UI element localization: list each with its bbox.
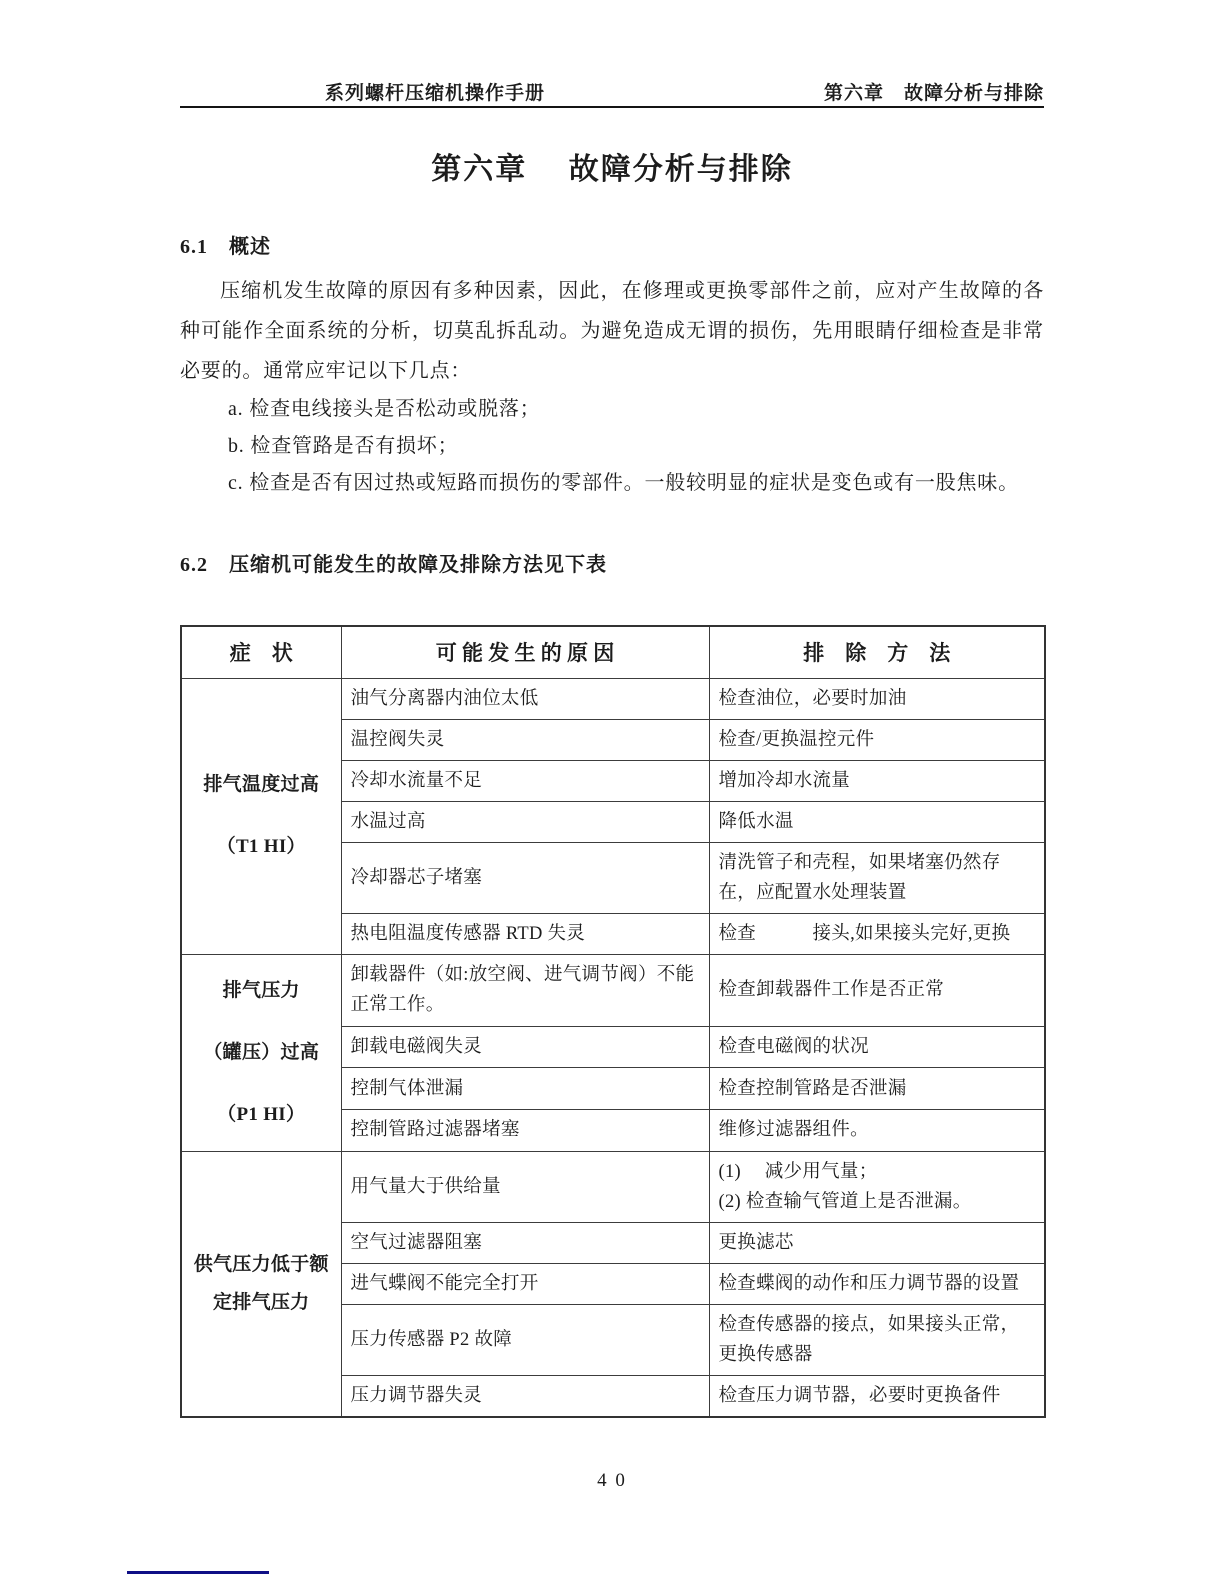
remedy-cell: 降低水温: [709, 801, 1045, 842]
page-title: 第六章 故障分析与排除: [180, 150, 1044, 190]
check-list: a. 检查电线接头是否松动或脱落； b. 检查管路是否有损坏； c. 检查是否有…: [228, 391, 1044, 502]
cause-cell: 卸载电磁阀失灵: [341, 1026, 709, 1068]
header-manual-title: 系列螺杆压缩机操作手册: [325, 78, 545, 105]
symptom-cell-p1-hi: 排气压力 （罐压）过高 （P1 HI）: [181, 954, 341, 1151]
header-chapter-title: 第六章 故障分析与排除: [824, 78, 1044, 105]
cause-cell: 用气量大于供给量: [341, 1151, 709, 1222]
cause-cell: 冷却水流量不足: [341, 760, 709, 801]
cause-cell: 温控阀失灵: [341, 719, 709, 760]
section-6-1-heading: 6.1 概述: [180, 230, 1044, 259]
list-item-c: c. 检查是否有因过热或短路而损伤的零部件。一般较明显的症状是变色或有一股焦味。: [228, 465, 1044, 502]
remedy-cell: 增加冷却水流量: [709, 760, 1045, 801]
table-row: 排气压力 （罐压）过高 （P1 HI） 卸载器件（如:放空阀、进气调节阀）不能正…: [181, 954, 1045, 1026]
remedy-cell: 检查/更换温控元件: [709, 719, 1045, 760]
cause-cell: 油气分离器内油位太低: [341, 678, 709, 719]
running-header: 系列螺杆压缩机操作手册 第六章 故障分析与排除: [180, 78, 1044, 105]
cause-cell: 控制气体泄漏: [341, 1068, 709, 1110]
cause-cell: 进气蝶阀不能完全打开: [341, 1263, 709, 1304]
fault-table: 症 状 可 能 发 生 的 原 因 排 除 方 法 排气温度过高 （T1 HI）…: [180, 625, 1046, 1418]
remedy-cell: 检查压力调节器，必要时更换备件: [709, 1375, 1045, 1417]
remedy-cell: (1) 减少用气量； (2) 检查输气管道上是否泄漏。: [709, 1151, 1045, 1222]
remedy-cell: 检查油位，必要时加油: [709, 678, 1045, 719]
cause-cell: 热电阻温度传感器 RTD 失灵: [341, 913, 709, 954]
table-row: 供气压力低于额定排气压力 用气量大于供给量 (1) 减少用气量； (2) 检查输…: [181, 1151, 1045, 1222]
cause-cell: 控制管路过滤器堵塞: [341, 1109, 709, 1151]
remedy-cell: 检查 接头,如果接头完好,更换: [709, 913, 1045, 954]
cause-cell: 冷却器芯子堵塞: [341, 842, 709, 913]
section-6-2-heading: 6.2 压缩机可能发生的故障及排除方法见下表: [180, 548, 1044, 577]
remedy-cell: 检查卸载器件工作是否正常: [709, 954, 1045, 1026]
column-header-remedy: 排 除 方 法: [709, 626, 1045, 678]
remedy-cell: 检查电磁阀的状况: [709, 1026, 1045, 1068]
list-item-a: a. 检查电线接头是否松动或脱落；: [228, 391, 1044, 428]
column-header-cause: 可 能 发 生 的 原 因: [341, 626, 709, 678]
column-header-symptom: 症 状: [181, 626, 341, 678]
list-item-b: b. 检查管路是否有损坏；: [228, 428, 1044, 465]
remedy-cell: 检查蝶阀的动作和压力调节器的设置: [709, 1263, 1045, 1304]
symptom-cell-low-supply-pressure: 供气压力低于额定排气压力: [181, 1151, 341, 1417]
cause-cell: 水温过高: [341, 801, 709, 842]
cause-cell: 卸载器件（如:放空阀、进气调节阀）不能正常工作。: [341, 954, 709, 1026]
cause-cell: 压力传感器 P2 故障: [341, 1304, 709, 1375]
table-row: 排气温度过高 （T1 HI） 油气分离器内油位太低 检查油位，必要时加油: [181, 678, 1045, 719]
header-rule: [180, 106, 1044, 108]
remedy-cell: 更换滤芯: [709, 1222, 1045, 1263]
overview-paragraph: 压缩机发生故障的原因有多种因素，因此，在修理或更换零部件之前，应对产生故障的各种…: [180, 271, 1044, 391]
remedy-cell: 检查传感器的接点，如果接头正常，更换传感器: [709, 1304, 1045, 1375]
remedy-cell: 清洗管子和壳程，如果堵塞仍然存在，应配置水处理装置: [709, 842, 1045, 913]
page-content: 第六章 故障分析与排除 6.1 概述 压缩机发生故障的原因有多种因素，因此，在修…: [180, 150, 1044, 1418]
symptom-cell-t1-hi: 排气温度过高 （T1 HI）: [181, 678, 341, 954]
cause-cell: 压力调节器失灵: [341, 1375, 709, 1417]
remedy-cell: 检查控制管路是否泄漏: [709, 1068, 1045, 1110]
footer-underline: [127, 1571, 269, 1574]
table-header-row: 症 状 可 能 发 生 的 原 因 排 除 方 法: [181, 626, 1045, 678]
cause-cell: 空气过滤器阻塞: [341, 1222, 709, 1263]
page-number: 4 0: [180, 1470, 1044, 1492]
remedy-cell: 维修过滤器组件。: [709, 1109, 1045, 1151]
